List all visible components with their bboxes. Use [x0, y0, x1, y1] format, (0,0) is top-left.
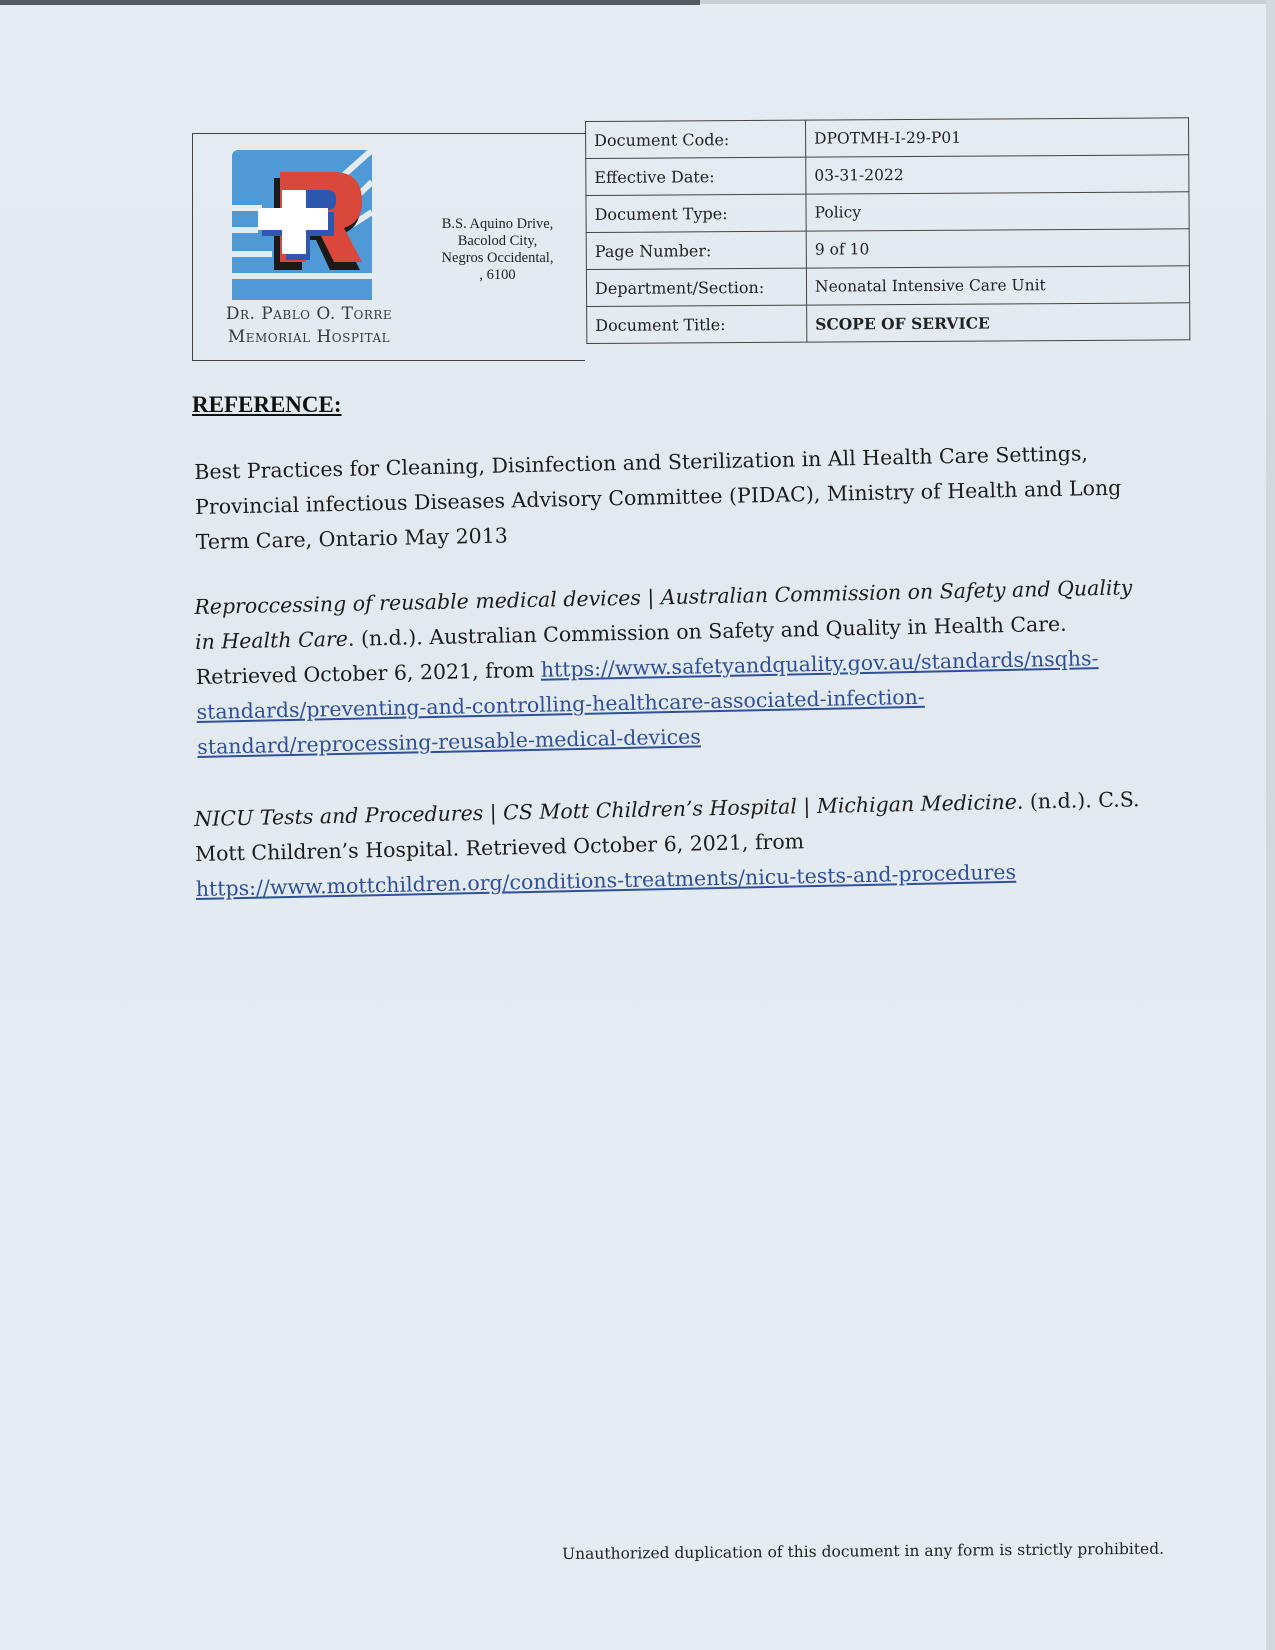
address-line: Bacolod City,: [420, 233, 575, 250]
meta-row-department: Department/Section: Neonatal Intensive C…: [586, 266, 1189, 307]
meta-label: Department/Section:: [586, 268, 806, 306]
section-heading: REFERENCE:: [192, 392, 342, 418]
reference-text: Best Practices for Cleaning, Disinfectio…: [194, 441, 1121, 554]
meta-label: Effective Date:: [586, 157, 806, 195]
meta-row-effective-date: Effective Date: 03-31-2022: [586, 155, 1189, 196]
address-line: Negros Occidental,: [420, 250, 575, 267]
meta-row-document-type: Document Type: Policy: [586, 192, 1189, 233]
address-line: , 6100: [420, 267, 575, 284]
meta-value: 9 of 10: [806, 229, 1189, 268]
reference-item: NICU Tests and Procedures | CS Mott Chil…: [194, 782, 1146, 907]
hospital-name: Dr. Pablo O. Torre Memorial Hospital: [200, 303, 418, 349]
meta-row-document-title: Document Title: SCOPE OF SERVICE: [587, 303, 1190, 344]
meta-label: Document Title:: [587, 305, 807, 343]
meta-label: Document Code:: [586, 120, 806, 158]
reference-item: Best Practices for Cleaning, Disinfectio…: [194, 435, 1146, 560]
address-line: B.S. Aquino Drive,: [420, 216, 575, 233]
meta-row-page-number: Page Number: 9 of 10: [586, 229, 1189, 270]
hospital-address: B.S. Aquino Drive, Bacolod City, Negros …: [420, 216, 575, 284]
meta-value: Policy: [806, 192, 1189, 231]
meta-label: Document Type:: [586, 194, 806, 232]
hospital-name-line2: Memorial Hospital: [200, 326, 418, 349]
meta-value: DPOTMH-I-29-P01: [805, 118, 1188, 157]
hospital-logo-icon: [232, 150, 372, 300]
hospital-name-line1: Dr. Pablo O. Torre: [200, 303, 418, 326]
meta-row-document-code: Document Code: DPOTMH-I-29-P01: [586, 118, 1189, 159]
reference-item: Reproccessing of reusable medical device…: [194, 570, 1147, 765]
meta-value: 03-31-2022: [806, 155, 1189, 194]
document-meta-table: Document Code: DPOTMH-I-29-P01 Effective…: [585, 117, 1190, 344]
meta-value: Neonatal Intensive Care Unit: [806, 266, 1189, 305]
scan-shadow: [0, 0, 700, 5]
scan-edge: [1266, 0, 1275, 1650]
meta-label: Page Number:: [586, 231, 806, 269]
meta-value: SCOPE OF SERVICE: [807, 303, 1190, 342]
